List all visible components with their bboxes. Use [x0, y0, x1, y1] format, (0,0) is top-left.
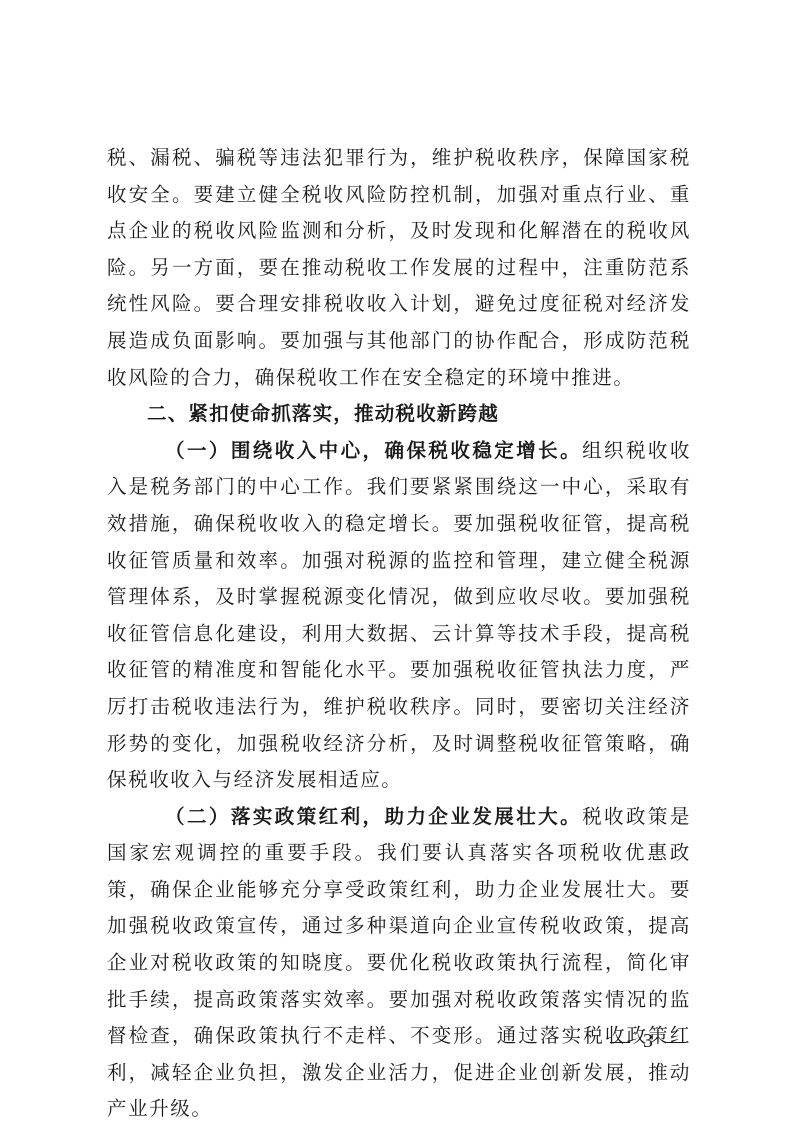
- document-page: 税、漏税、骗税等违法犯罪行为，维护税收秩序，保障国家税收安全。要建立健全税收风险…: [107, 140, 691, 1122]
- page-number: — 3 —: [600, 1030, 690, 1053]
- subsection-lead-2: （二）落实政策红利，助力企业发展壮大。: [165, 805, 582, 828]
- subsection-paragraph-2: （二）落实政策红利，助力企业发展壮大。税收政策是国家宏观调控的重要手段。我们要认…: [107, 799, 691, 1122]
- subsection-lead-1: （一）围绕收入中心，确保税收稳定增长。: [165, 439, 582, 462]
- section-heading: 二、紧扣使命抓落实，推动税收新跨越: [107, 396, 691, 433]
- continued-paragraph: 税、漏税、骗税等违法犯罪行为，维护税收秩序，保障国家税收安全。要建立健全税收风险…: [107, 140, 691, 396]
- subsection-body-2: 税收政策是国家宏观调控的重要手段。我们要认真落实各项税收优惠政策，确保企业能够充…: [107, 805, 691, 1121]
- subsection-paragraph-1: （一）围绕收入中心，确保税收稳定增长。组织税收收入是税务部门的中心工作。我们要紧…: [107, 433, 691, 799]
- subsection-body-1: 组织税收收入是税务部门的中心工作。我们要紧紧围绕这一中心，采取有效措施，确保税收…: [107, 439, 691, 791]
